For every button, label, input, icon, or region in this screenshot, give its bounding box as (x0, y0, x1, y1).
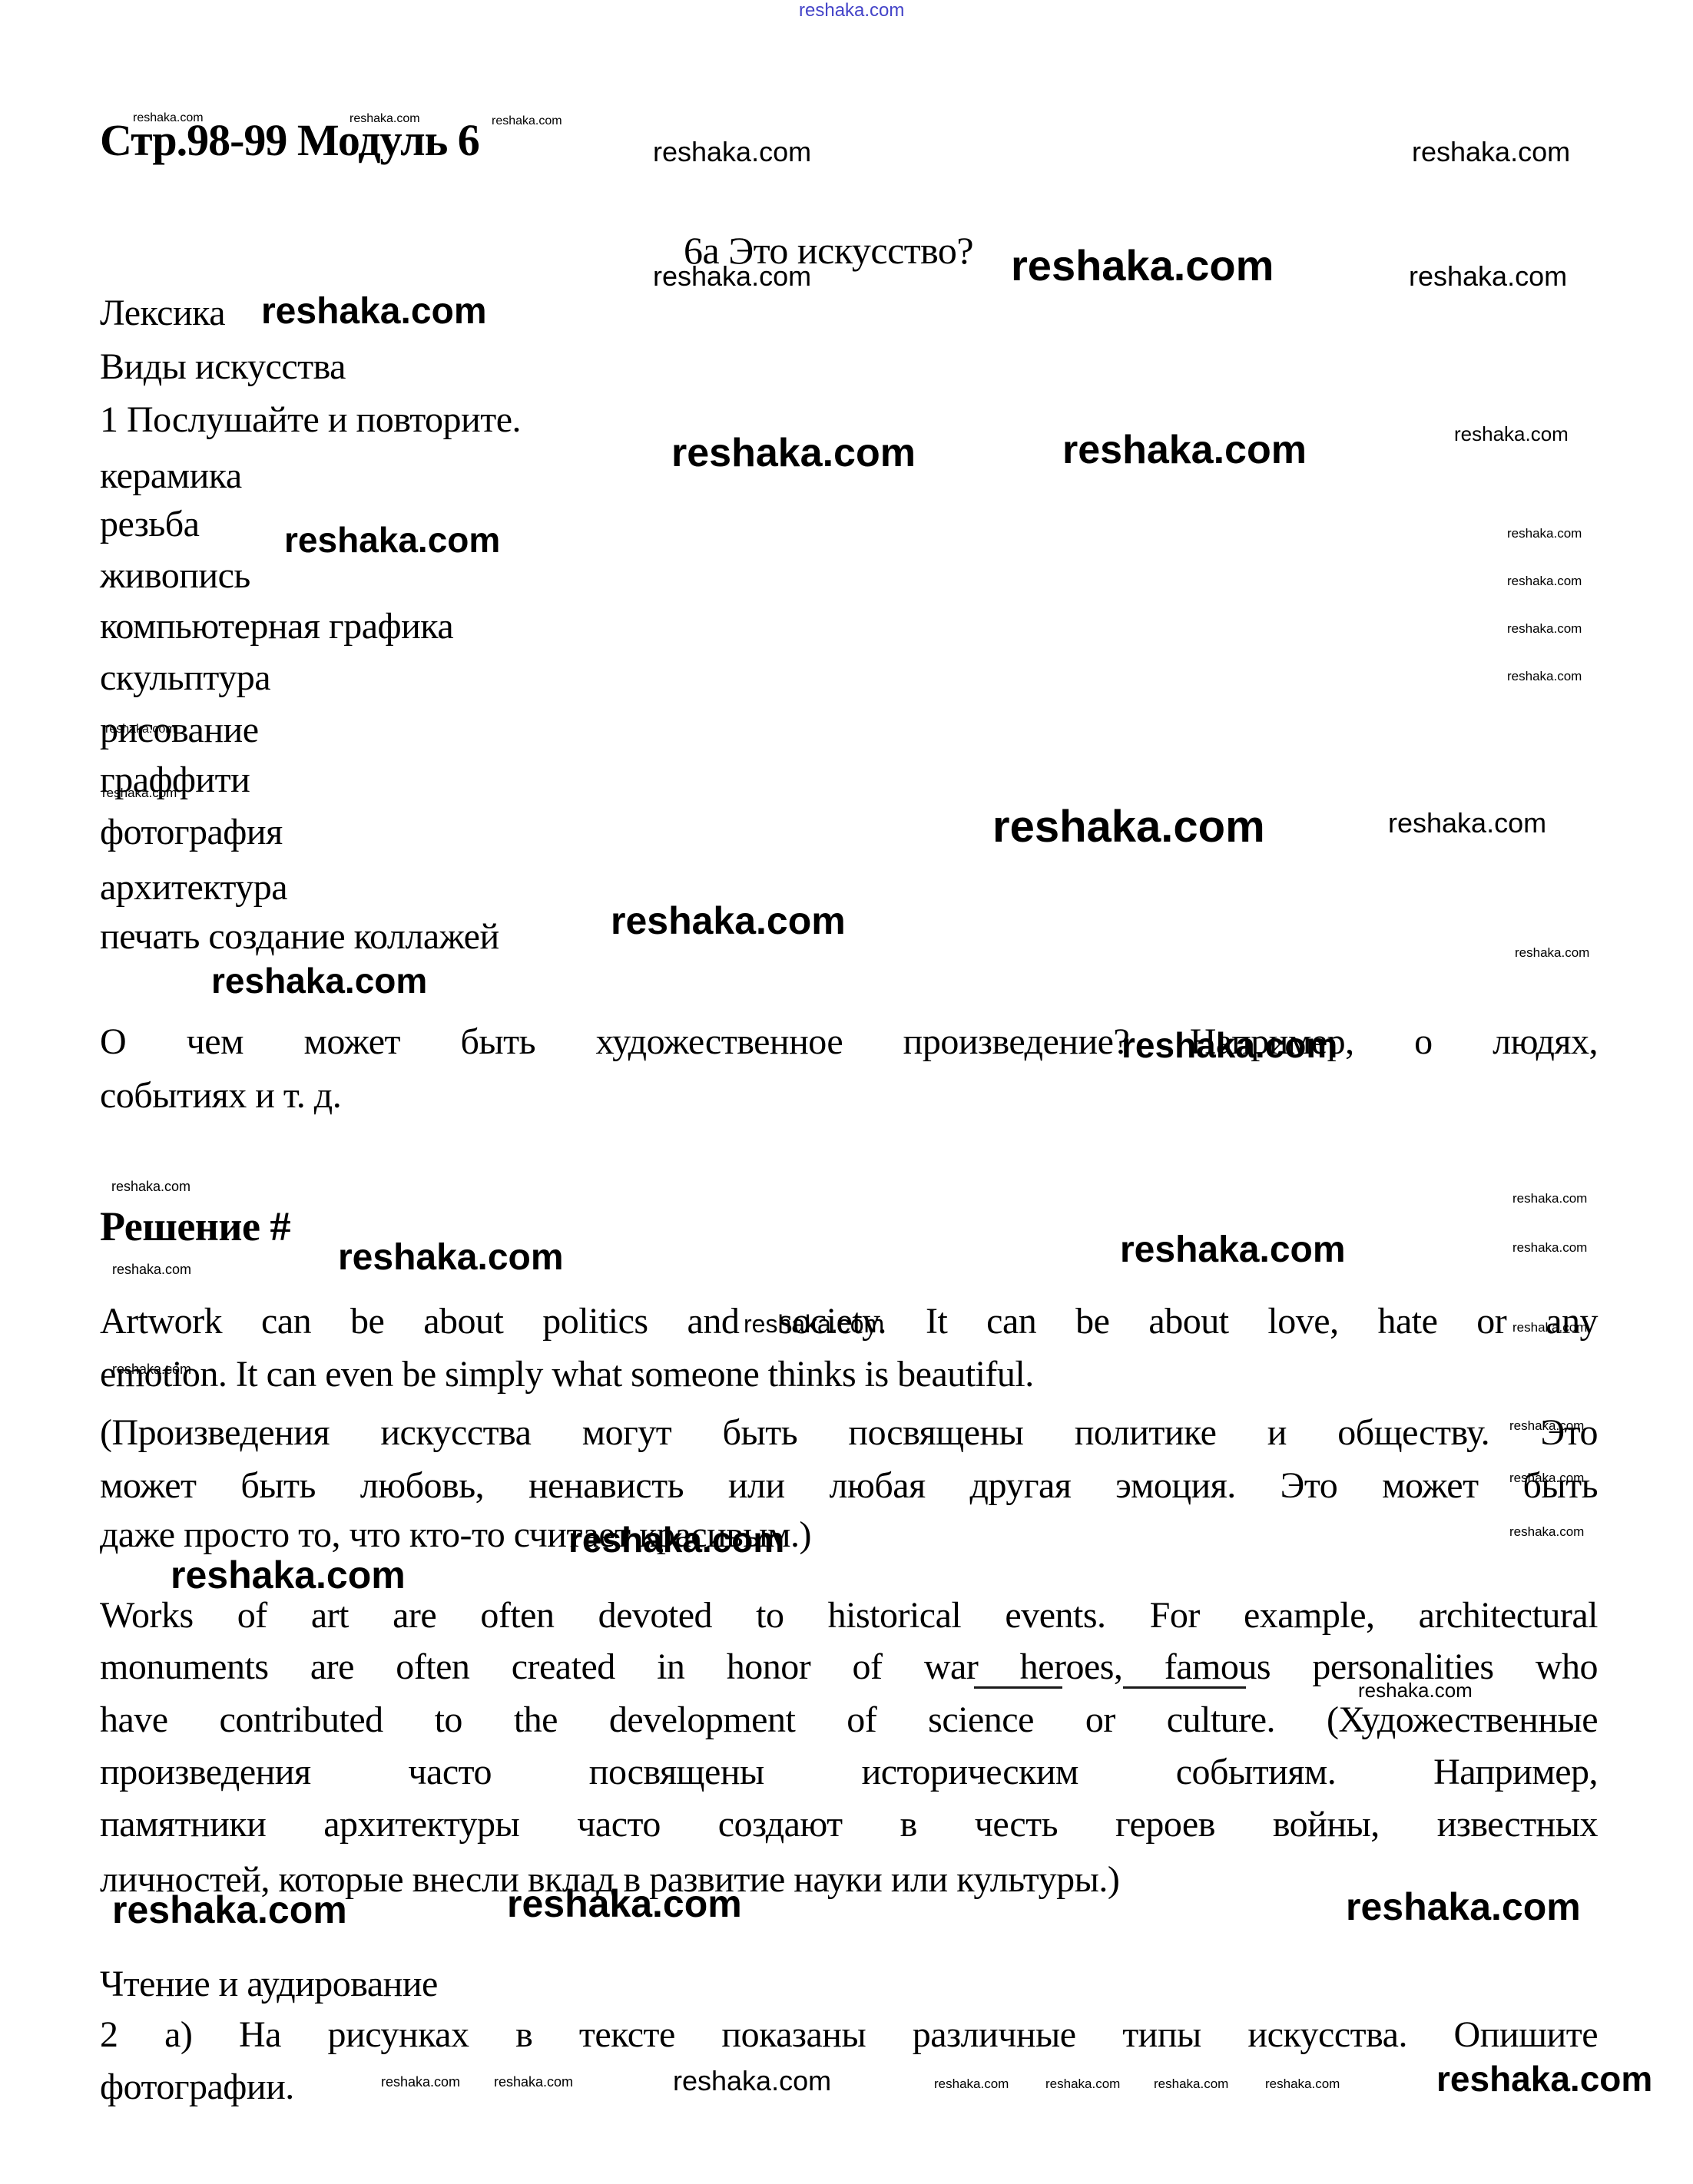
task2-instruction-line: 2 а) На рисунках в тексте показаны разли… (100, 2014, 1598, 2098)
watermark-text: reshaka.com (653, 138, 811, 166)
question-text-line: событиях и т. д. (100, 1074, 341, 1117)
watermark-text: reshaka.com (284, 522, 500, 558)
watermark-text: reshaka.com (261, 293, 487, 330)
watermark-text: reshaka.com (211, 963, 427, 998)
underline-mark (1123, 1686, 1246, 1689)
vocabulary-item: фотография (100, 811, 283, 853)
watermark-text: reshaka.com (1358, 1680, 1473, 1700)
watermark-text: reshaka.com (1512, 1192, 1587, 1205)
vocabulary-item: керамика (100, 455, 242, 497)
task2-instruction-line: фотографии. (100, 2066, 294, 2108)
vocabulary-item: живопись (100, 554, 250, 597)
watermark-text: reshaka.com (1045, 2077, 1120, 2090)
watermark-text: reshaka.com (1436, 2061, 1652, 2096)
watermark-text: reshaka.com (112, 1891, 347, 1929)
watermark-text: reshaka.com (1509, 1525, 1584, 1538)
watermark-text: reshaka.com (507, 1885, 742, 1923)
watermark-text: reshaka.com (799, 2, 904, 20)
watermark-text: reshaka.com (1062, 430, 1307, 470)
watermark-text: reshaka.com (1265, 2077, 1340, 2090)
watermark-text: reshaka.com (1409, 263, 1567, 290)
watermark-text: reshaka.com (1507, 574, 1582, 587)
watermark-text: reshaka.com (673, 2067, 831, 2095)
watermark-text: reshaka.com (338, 1239, 564, 1276)
watermark-text: reshaka.com (1507, 527, 1582, 540)
vocabulary-item: компьютерная графика (100, 605, 453, 647)
underline-mark (974, 1686, 1062, 1689)
watermark-text: reshaka.com (1507, 670, 1582, 683)
vocabulary-item: печать создание коллажей (100, 915, 499, 958)
watermark-text: reshaka.com (1509, 1471, 1584, 1484)
watermark-text: reshaka.com (1121, 1027, 1337, 1063)
watermark-text: reshaka.com (1011, 244, 1274, 287)
watermark-text: reshaka.com (1388, 809, 1546, 837)
solution-text-line: emotion. It can even be simply what some… (100, 1353, 1034, 1395)
watermark-text: reshaka.com (744, 1312, 884, 1336)
watermark-text: reshaka.com (653, 263, 811, 290)
watermark-text: reshaka.com (133, 112, 204, 124)
watermark-text: reshaka.com (568, 1522, 784, 1557)
watermark-text: reshaka.com (1512, 1241, 1587, 1254)
document-page: Стр.98-99 Модуль 6 6а Это искусство? Лек… (0, 0, 1693, 2184)
watermark-text: reshaka.com (1515, 946, 1589, 959)
lexis-label: Лексика (100, 292, 225, 334)
watermark-text: reshaka.com (111, 1180, 191, 1193)
reading-label: Чтение и аудирование (100, 1963, 438, 2005)
watermark-text: reshaka.com (1507, 622, 1582, 635)
vocabulary-item: резьба (100, 503, 199, 545)
watermark-text: reshaka.com (492, 115, 562, 127)
watermark-text: reshaka.com (1412, 138, 1570, 166)
solution-heading: Решение # (100, 1203, 290, 1250)
lexis-subtitle: Виды искусства (100, 346, 346, 388)
watermark-text: reshaka.com (1154, 2077, 1228, 2090)
watermark-text: reshaka.com (102, 786, 177, 799)
vocabulary-item: скульптура (100, 657, 270, 699)
watermark-text: reshaka.com (1120, 1232, 1346, 1269)
watermark-text: reshaka.com (112, 1262, 191, 1276)
watermark-text: reshaka.com (1346, 1888, 1581, 1926)
watermark-text: reshaka.com (611, 902, 846, 940)
watermark-text: reshaka.com (171, 1556, 406, 1594)
watermark-text: reshaka.com (350, 113, 420, 125)
vocabulary-item: архитектура (100, 866, 287, 908)
watermark-text: reshaka.com (671, 433, 916, 473)
watermark-text: reshaka.com (992, 805, 1265, 849)
watermark-text: reshaka.com (1512, 1321, 1587, 1334)
task1-instruction: 1 Послушайте и повторите. (100, 399, 521, 441)
watermark-text: reshaka.com (105, 723, 176, 736)
watermark-text: reshaka.com (1509, 1419, 1584, 1432)
watermark-text: reshaka.com (494, 2075, 573, 2089)
watermark-text: reshaka.com (1454, 424, 1569, 444)
watermark-text: reshaka.com (112, 1362, 191, 1376)
watermark-text: reshaka.com (934, 2077, 1009, 2090)
watermark-text: reshaka.com (381, 2075, 460, 2089)
